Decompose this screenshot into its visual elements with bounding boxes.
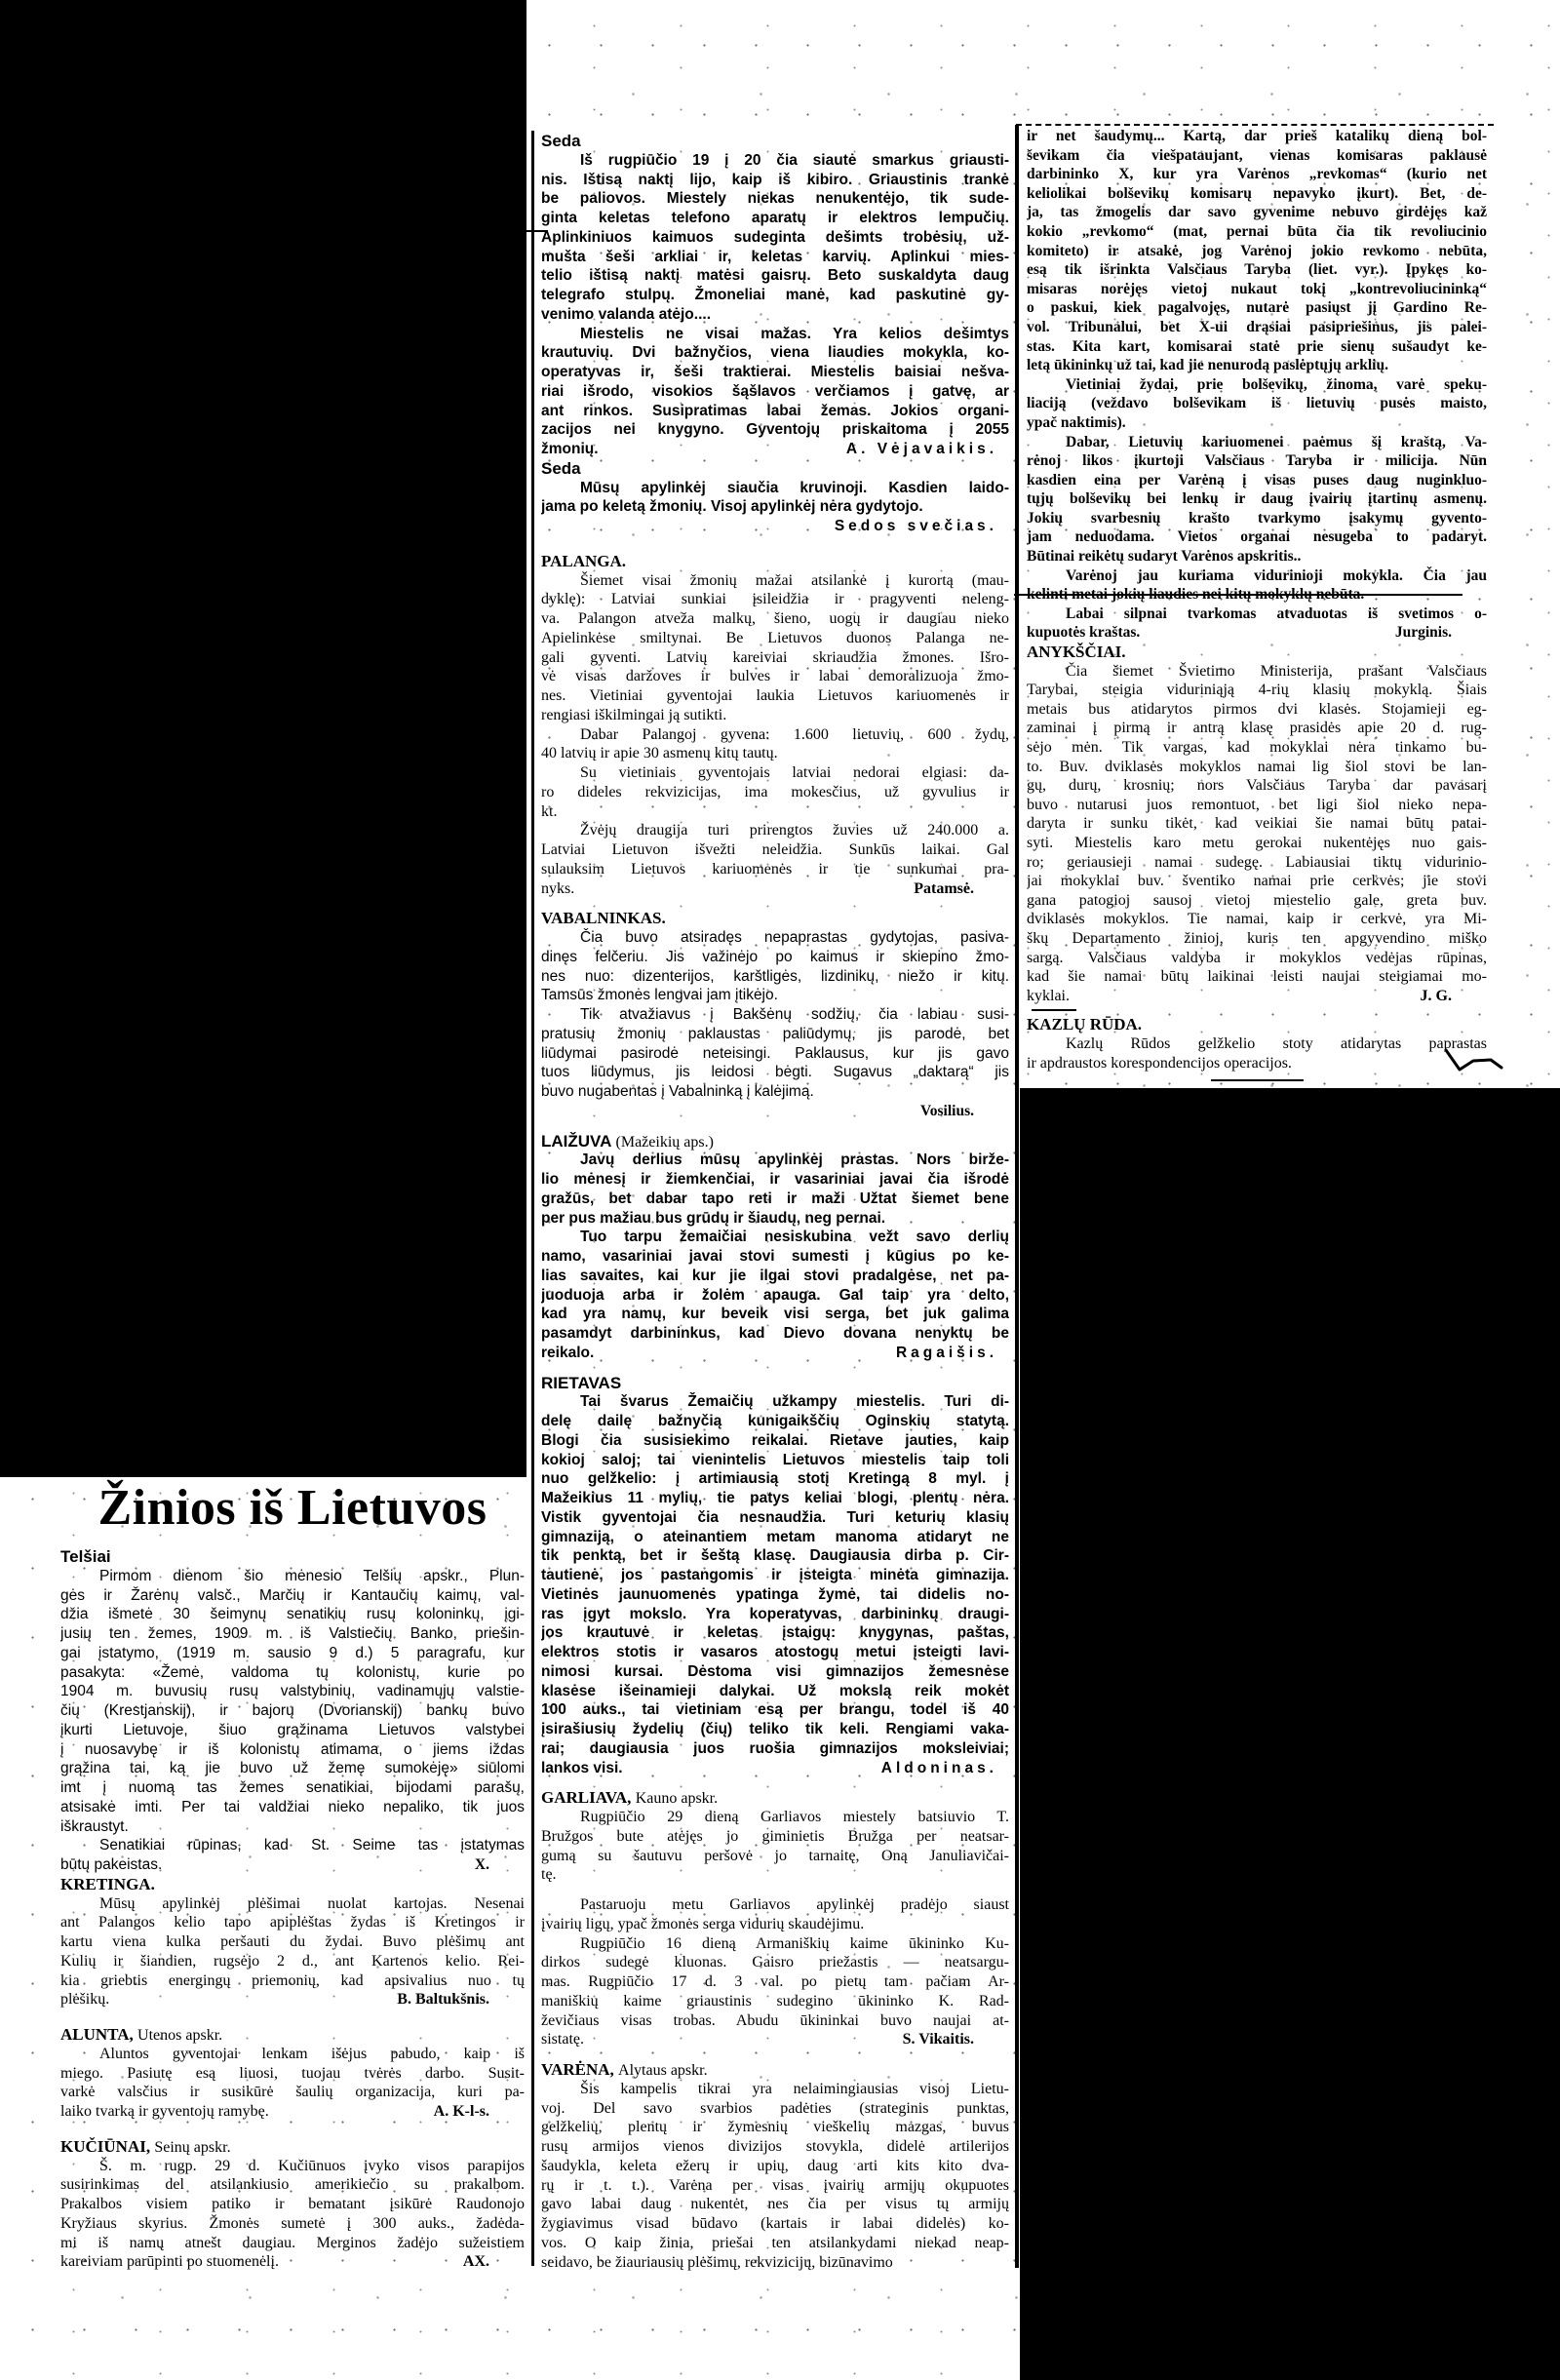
article-line: lio mėnesį ir žiemkenčiai, ir vasariniai… — [541, 1170, 1009, 1190]
article-line: ževičiaus visas trobas. Abudu ūkininkai … — [541, 2011, 1009, 2031]
article-signature: J. G. — [1421, 987, 1487, 1006]
article-line: atsisakė imti. Per tai valdžiai nieko ne… — [60, 1798, 525, 1817]
article-line-text: žmonių. — [541, 440, 599, 459]
article-signature: A. K-l-s. — [434, 2102, 525, 2122]
article-paragraph: Pastaruoju metu Garliavos apylinkėj prad… — [541, 1895, 1009, 1934]
black-mask-left — [0, 0, 526, 1477]
article-line: tę. — [541, 1865, 1009, 1885]
article-line: Kryžiaus skyrius. Žmonės sumetė į 300 au… — [60, 2214, 525, 2234]
article-line: jai mokyklai buv. šventiko namai prie ce… — [1027, 872, 1487, 891]
article-line: ant rinkos. Susipratimas labai žemas. Jo… — [541, 402, 1009, 421]
article-heading: VARĖNA, Alytaus apskr. — [541, 2060, 1009, 2080]
article-line: šaudykla, keleta ežerų ir upių, daug art… — [541, 2157, 1009, 2176]
article: VABALNINKAS.Čia buvo atsiradęs nepaprast… — [541, 909, 1009, 1120]
left-column: TelšiaiPirmom dienom šio mėnesio Telšių … — [60, 1547, 525, 2272]
article-line: telio ištisą naktį matėsi gaisrų. Beto s… — [541, 266, 1009, 286]
article-signature: Ragaišis. — [896, 1344, 1009, 1363]
article: ALUNTA, Utenos apskr.Aluntos gyventojai … — [60, 2025, 525, 2122]
article-line: Čia šiemet Švietimo Ministerija, prašant… — [1027, 662, 1487, 682]
article-line: vol. Tribunalui, bet X-ui drąsiai pasipr… — [1027, 318, 1487, 337]
article-paragraph: Tai švarus Žemaičių užkampy miestelis. T… — [541, 1392, 1009, 1777]
article-line: Latviai Lietuvon išvežti neleidžia. Sunk… — [541, 840, 1009, 860]
column-rule-middle-right — [1015, 125, 1019, 2268]
article-line: mi iš namų atnešt daugiau. Merginos žadė… — [60, 2234, 525, 2253]
article-paragraph: Čia buvo atsiradęs nepaprastas gydytojas… — [541, 928, 1009, 1005]
article-line: sargą. Valsčiaus valdyba ir mokyklos ved… — [1027, 949, 1487, 968]
article-line: o paskui, kiek pagalvojęs, nutarė pasiųs… — [1027, 298, 1487, 318]
article-line: žmonių.A. Vėjavaikis. — [541, 440, 1009, 459]
article-paragraph: Čia šiemet Švietimo Ministerija, prašant… — [1027, 662, 1487, 1006]
article: TelšiaiPirmom dienom šio mėnesio Telšių … — [60, 1547, 525, 1875]
article-line-text: nyks. — [541, 879, 574, 899]
article-line: įkurti Lietuvoje, šiuo grąžinama Lietuvo… — [60, 1721, 525, 1740]
article-paragraph: Šiemet visai žmonių mažai atsilankė į ku… — [541, 571, 1009, 725]
article-paragraph: Senatikiai rūpinas, kad St. Seime tas įs… — [60, 1836, 525, 1875]
article-paragraph: Varėnoj jau kuriama vidurinioji mokykla.… — [1027, 566, 1487, 605]
article: KUČIŪNAI, Seinų apskr.Š. m. rugp. 29 d. … — [60, 2137, 525, 2272]
article-line: reikalo.Ragaišis. — [541, 1344, 1009, 1363]
article-line: ant Palangos kelio tapo apiplėštas žydas… — [60, 1913, 525, 1932]
article-line: dviklasės mokyklos. Tie namai, kaip ir c… — [1027, 910, 1487, 929]
article-line: ro; geriausieji namai sudegę. Labiausiai… — [1027, 853, 1487, 873]
article-line: dinęs felčeriu. Jis važinėjo po kaimus i… — [541, 948, 1009, 967]
article: KAZLŲ RŪDA.Kazlų Rūdos gelžkelio stoty a… — [1027, 1009, 1487, 1081]
article-line: kasdien eina per Varėną į visas puses da… — [1027, 471, 1487, 490]
article-line: Labai silpnai tvarkomas atvaduotas iš sv… — [1027, 605, 1487, 624]
article-heading-text: LAIŽUVA — [541, 1132, 611, 1151]
article: PALANGA.Šiemet visai žmonių mažai atsila… — [541, 552, 1009, 899]
article-line: rengiasi iškilmingai ją sutikti. — [541, 706, 1009, 725]
article-line: gai įstatymo, (1919 m. sausio 9 d.) 5 pa… — [60, 1644, 525, 1663]
article-line: plėšikų.B. Baltukšnis. — [60, 1990, 525, 2009]
article: ANYKŠČIAI.Čia šiemet Švietimo Ministerij… — [1027, 643, 1487, 1005]
article-line: Pastaruoju metu Garliavos apylinkėj prad… — [541, 1895, 1009, 1915]
article-line: kad yra namų, kur beveik visi serga, bet… — [541, 1305, 1009, 1324]
article-line: Mūsų apylinkėj siaučia kruvinoji. Kasdie… — [541, 479, 1009, 498]
article-line: nis. Ištisą naktį lijo, kaip iš kibiro. … — [541, 171, 1009, 190]
article-line: 100 auks., tai vietiniam esą per brangu,… — [541, 1700, 1009, 1720]
article-line: ir apdraustos korespondencijos operacijo… — [1027, 1054, 1487, 1073]
separator-rule — [1211, 1079, 1304, 1081]
article-heading: KUČIŪNAI, Seinų apskr. — [60, 2137, 525, 2157]
article-line: ypač naktimis). — [1027, 413, 1487, 433]
article-line: buvo nutarusi juos remontuot, bet ligi š… — [1027, 796, 1487, 815]
article-line: į nuosavybę ir iš kolonistų atimama, o j… — [60, 1740, 525, 1760]
article-line: dirkos sudegė kluonas. Gaisro priežastis… — [541, 1953, 1009, 1972]
article-line: Tik atvažiavus į Bakšėnų sodžių, čia lab… — [541, 1005, 1009, 1025]
article-paragraph: Tuo tarpu žemaičiai nesiskubina vežt sav… — [541, 1228, 1009, 1362]
article-line: Tamsūs žmonės lengvai jam įtikėjo. — [541, 986, 1009, 1005]
article-heading: GARLIAVA, Kauno apskr. — [541, 1788, 1009, 1808]
article-line: gavo labai daug nukentėt, nes čia per vi… — [541, 2195, 1009, 2214]
article-paragraph: Su vietiniais gyventojais latviai nedora… — [541, 763, 1009, 821]
article-line-text: reikalo. — [541, 1344, 594, 1363]
article: SedaMūsų apylinkėj siaučia kruvinoji. Ka… — [541, 459, 1009, 536]
article-line: gės ir Žarėnų valsč., Marčių ir Kantauči… — [60, 1586, 525, 1606]
separator-rule — [1032, 1009, 1076, 1011]
article-line: gelžkelių, plentų ir žymesnių vieškelių … — [541, 2118, 1009, 2137]
article-line: rėnoj likos įkurtoji Valsčiaus Taryba ir… — [1027, 451, 1487, 471]
article: KRETINGA.Mūsų apylinkėj plėšimai nuolat … — [60, 1875, 525, 2009]
article: VARĖNA, Alytaus apskr.Šis kampelis tikra… — [541, 2060, 1009, 2272]
article-paragraph: ir net šaudymų... Kartą, dar prieš katal… — [1027, 127, 1487, 375]
signature-line: Sedos svečias. — [541, 517, 1009, 536]
article-line: Mažeikius 11 mylių, tie patys keliai blo… — [541, 1489, 1009, 1508]
article-signature: B. Baltukšnis. — [397, 1990, 525, 2009]
article-line: ja, tas žmogelis dar savo gyvenime nebuv… — [1027, 203, 1487, 222]
article-heading-text: KAZLŲ RŪDA. — [1027, 1015, 1142, 1034]
article-line: dyklę): Latviai sunkiai įsileidžia ir pr… — [541, 590, 1009, 609]
article-line: tik penktą, bet ir šeštą klasę. Daugiaus… — [541, 1546, 1009, 1566]
article-paragraph: Labai silpnai tvarkomas atvaduotas iš sv… — [1027, 605, 1487, 643]
article-paragraph: Pirmom dienom šio mėnesio Telšių apskr.,… — [60, 1567, 525, 1837]
article: ir net šaudymų... Kartą, dar prieš katal… — [1027, 127, 1487, 643]
article-line: Pirmom dienom šio mėnesio Telšių apskr.,… — [60, 1567, 525, 1586]
article-line: Žvėjų draugija turi prirengtos žuvies už… — [541, 821, 1009, 840]
article-line: buvo nugabentas į Vabalninką į kalėjimą. — [541, 1082, 1009, 1102]
article-line: klasėse išeinamieji dalykai. Už mokslą r… — [541, 1682, 1009, 1701]
article-heading: Seda — [541, 459, 1009, 479]
article-signature: Sedos svečias. — [835, 518, 1009, 534]
article-line: Iš rugpiūčio 19 į 20 čia siautė smarkus … — [541, 151, 1009, 171]
article-subheading: (Mažeikių aps.) — [616, 1134, 714, 1151]
article-signature: Jurginis. — [1395, 623, 1487, 643]
article-signature: AX. — [463, 2252, 525, 2272]
article-line: Vietiniai žydai, prie bolševikų, žinoma,… — [1027, 375, 1487, 395]
article-line-text: laiko tvarką ir gyventojų ramybę. — [60, 2102, 269, 2122]
article-paragraph: Šis kampelis tikrai yra nelaimingiausias… — [541, 2080, 1009, 2273]
article-line: misaras norėjęs vietoj nukaut tokį „kont… — [1027, 280, 1487, 299]
article-line: mušta šeši arkliai ir, keletas karvių. A… — [541, 248, 1009, 267]
article-line: kyklai.J. G. — [1027, 987, 1487, 1006]
article-line: vos. O kaip žinia, priešai ten atsilanky… — [541, 2234, 1009, 2253]
article-line: liūdymai pasirodė neteisingi. Paklausus,… — [541, 1044, 1009, 1064]
article-line: zacijos nei knygyno. Gyventojų priskaito… — [541, 420, 1009, 440]
article-line: Kazlų Rūdos gelžkelio stoty atidarytas p… — [1027, 1034, 1487, 1054]
article-line: 40 latvių ir apie 30 asmenų kitų tautų. — [541, 744, 1009, 763]
article-line: nes. Vietiniai gyventojai laukia Lietuvo… — [541, 686, 1009, 706]
article-line: krautuvių. Dvi bažnyčios, viena liaudies… — [541, 343, 1009, 363]
article-heading: RIETAVAS — [541, 1374, 1009, 1393]
article-heading: VABALNINKAS. — [541, 909, 1009, 928]
article-line: kad šie namai būtų laikinai leisti nauja… — [1027, 967, 1487, 987]
article-line: venimo valanda atėjo.... — [541, 305, 1009, 325]
article-line: Su vietiniais gyventojais latviai nedora… — [541, 763, 1009, 783]
article-line: Mūsų apylinkėj plėšimai nuolat kartojas.… — [60, 1894, 525, 1914]
article-line: to. Buv. dviklasės mokyklos namai lig ši… — [1027, 758, 1487, 777]
article-line: Aplinkiniuos kaimuos sudeginta dešimts t… — [541, 228, 1009, 248]
article-paragraph: Rugpiūčio 16 dieną Armaniškių kaime ūkin… — [541, 1934, 1009, 2050]
article-subheading: Alytaus apskr. — [618, 2062, 708, 2079]
article-line: be paliovos. Miestely niekas nenukentėjo… — [541, 189, 1009, 209]
article-line: čių (Krestjanskij), ir bajorų (Dvoriansk… — [60, 1701, 525, 1721]
article-line: Rugpiūčio 29 dieną Garliavos miestely ba… — [541, 1808, 1009, 1827]
article-line: vė visas daržoves ir bulves ir labai dem… — [541, 667, 1009, 686]
article-heading-text: Seda — [541, 459, 581, 478]
article-signature: Vosilius. — [920, 1103, 1009, 1119]
article-line: gali gyventi. Latvių kareiviai skriaudži… — [541, 648, 1009, 668]
article-line: namo, vasariniai javai stovi sumesti į k… — [541, 1247, 1009, 1267]
article-line: Miestelis ne visai mažas. Yra kelios deš… — [541, 325, 1009, 344]
article-line: jam neduodama. Vietos organai nesugeba t… — [1027, 527, 1487, 547]
article-line: žygiavimus visad būdavo (kartais ir laba… — [541, 2214, 1009, 2234]
article-line: Javų derlius mūsų apylinkėj prastas. Nor… — [541, 1151, 1009, 1170]
article-heading: KRETINGA. — [60, 1875, 525, 1894]
article-line: Dabar Palangoj gyvena: 1.600 lietuvių, 6… — [541, 725, 1009, 745]
article-line: įsirašiusių žydelių (čių) teliko tik kel… — [541, 1720, 1009, 1739]
article-line: nes nuo: dizenterijos, karštligės, lizdi… — [541, 967, 1009, 987]
article-line: Apielinkėse smiltynai. Be Lietuvos duono… — [541, 629, 1009, 648]
article-line: voj. Del savo svarbios padėties (strateg… — [541, 2099, 1009, 2119]
article-line: telegrafo stulpų. Žmoneliai manė, kad pa… — [541, 286, 1009, 305]
signature-line: Vosilius. — [541, 1102, 1009, 1121]
article-line: sistatę.S. Vikaitis. — [541, 2030, 1009, 2049]
middle-column: SedaIš rugpiūčio 19 į 20 čia siautė smar… — [541, 132, 1009, 2272]
article-paragraph: Kazlų Rūdos gelžkelio stoty atidarytas p… — [1027, 1034, 1487, 1073]
article-heading: Telšiai — [60, 1547, 525, 1567]
article-line: letą ūkininkų už tai, kad jie nenurodą p… — [1027, 356, 1487, 375]
article-line-text: sistatę. — [541, 2030, 584, 2049]
article-heading: Seda — [541, 132, 1009, 151]
article-line: gumą su šautuvu peršovė jo tarnaitę, Oną… — [541, 1847, 1009, 1866]
article-line: rusų armijos vienos divizijos stovykla, … — [541, 2137, 1009, 2157]
black-mask-right — [1020, 1088, 1560, 2380]
article-heading-text: VABALNINKAS. — [541, 909, 666, 927]
article-line: 1904 m. buvusių rusų valstybinių, vadina… — [60, 1682, 525, 1701]
article-line: miego. Pasiutę esą liuosi, tuojau tvėrės… — [60, 2064, 525, 2084]
article-line: esą tik išrinkta Valsčiaus Taryba (liet.… — [1027, 260, 1487, 280]
article-line: seidavo, be žiauriausių plėšimų, rekvizi… — [541, 2253, 1009, 2273]
article-line: Aluntos gyventojai lenkam išėjus pabudo,… — [60, 2045, 525, 2064]
right-column: ir net šaudymų... Kartą, dar prieš katal… — [1027, 127, 1487, 1081]
article-line: tųjų bolševikų bei lenkų ir daug įvairių… — [1027, 489, 1487, 509]
article: Pastaruoju metu Garliavos apylinkėj prad… — [541, 1895, 1009, 2049]
article-line: rų ir t. t.). Varėna per visas įvairių a… — [541, 2176, 1009, 2196]
article-line: Šiemet visai žmonių mažai atsilankė į ku… — [541, 571, 1009, 591]
article: GARLIAVA, Kauno apskr.Rugpiūčio 29 dieną… — [541, 1788, 1009, 1885]
article-line: Jokių svarbesnių krašto tvarkymo įsakymų… — [1027, 509, 1487, 528]
article-signature: Patamsė. — [914, 879, 1009, 899]
article-line: Čia buvo atsiradęs nepaprastas gydytojas… — [541, 928, 1009, 948]
article-line: Būtinai reikėtų sudaryt Varėnos apskriti… — [1027, 547, 1487, 566]
article-heading-text: KUČIŪNAI, — [60, 2137, 150, 2156]
article-line: syti. Miestelis karo metu gerokai nukent… — [1027, 834, 1487, 853]
article-line: metais bus atidarytos pirmos dvi klasės.… — [1027, 700, 1487, 720]
article-line: jama po keletą žmonių. Visoj apylinkėj n… — [541, 497, 1009, 517]
article-line: daryta ir sunku tikėt, kad veikiai šie n… — [1027, 814, 1487, 834]
article-line: nimosi kursai. Dėstoma visi gimnazijos ž… — [541, 1662, 1009, 1682]
article-line: stas. Kita kart, komisarai statė prie si… — [1027, 337, 1487, 357]
article-paragraph: Aluntos gyventojai lenkam išėjus pabudo,… — [60, 2045, 525, 2122]
article-subheading: Utenos apskr. — [137, 2027, 222, 2044]
article-line: nuo gelžkelio: į artimiausią stotį Kreti… — [541, 1469, 1009, 1489]
article-line: imt į nuomą tas žemes senatikiai, bijoda… — [60, 1778, 525, 1798]
article-line: darbininko X, kur yra Varėnos „revkomas“… — [1027, 165, 1487, 184]
article-line: operatyvas ir, šeši traktierai. Miesteli… — [541, 363, 1009, 382]
article-paragraph: Rugpiūčio 29 dieną Garliavos miestely ba… — [541, 1808, 1009, 1885]
article-line: pasamdyt darbininkus, kad Dievo dovana n… — [541, 1324, 1009, 1344]
article-line: ginta keletas telefono aparatų ir elektr… — [541, 209, 1009, 228]
article-line: rai; daugiausia juos ruošia gimnazijos m… — [541, 1739, 1009, 1759]
article-heading-text: ANYKŠČIAI. — [1027, 643, 1126, 661]
article-line: grąžina tai, ką jie buvo už žemę sumokėj… — [60, 1759, 525, 1778]
article-line: Senatikiai rūpinas, kad St. Seime tas įs… — [60, 1836, 525, 1855]
article-line: Dabar, Lietuvių kariuomenei paėmus šį kr… — [1027, 433, 1487, 452]
article-heading: ANYKŠČIAI. — [1027, 643, 1487, 662]
article-heading-text: ALUNTA, — [60, 2025, 134, 2044]
article-line: delę dailę bažnyčią kunigaikščių Oginski… — [541, 1412, 1009, 1431]
article-line: įvairių ligų, ypač žmonės serga vidurių … — [541, 1915, 1009, 1934]
article-line: jos krautuvė ir keletas įstaigų: knygyna… — [541, 1623, 1009, 1643]
article-signature: S. Vikaitis. — [903, 2030, 1009, 2049]
article-line: nyks.Patamsė. — [541, 879, 1009, 899]
article-line: varkė valsčius ir susikūrė šaulių organi… — [60, 2083, 525, 2102]
article-paragraph: Š. m. rugp. 29 d. Kučiūnuos įvyko visos … — [60, 2157, 525, 2273]
article-signature: A. Vėjavaikis. — [846, 440, 1009, 459]
column-rule-middle-left — [531, 131, 534, 2266]
article-line-text: kareiviam parūpinti po stuomenėlį. — [60, 2252, 279, 2272]
article-line: gų, durų, krosnių; nors Valsčiaus Taryba… — [1027, 776, 1487, 796]
article-line: kokioj saloj; tai vienintelis Lietuvos m… — [541, 1451, 1009, 1470]
article-paragraph: Tik atvažiavus į Bakšėnų sodžių, čia lab… — [541, 1005, 1009, 1102]
article-heading-text: PALANGA. — [541, 552, 626, 570]
article-paragraph: Dabar, Lietuvių kariuomenei paėmus šį kr… — [1027, 433, 1487, 566]
article: SedaIš rugpiūčio 19 į 20 čia siautė smar… — [541, 132, 1009, 459]
article-line: Vietinės jaunuomenės ypatinga žymė, tai … — [541, 1585, 1009, 1605]
article-line: Rugpiūčio 16 dieną Armaniškių kaime ūkin… — [541, 1934, 1009, 1954]
article-line-text: lankos visi. — [541, 1759, 623, 1778]
article-line: elektros stotis ir vasaros atostogų metu… — [541, 1643, 1009, 1662]
article-line: ir net šaudymų... Kartą, dar prieš katal… — [1027, 127, 1487, 146]
article-line-text: plėšikų. — [60, 1990, 109, 2009]
article: LAIŽUVA (Mažeikių aps.)Javų derlius mūsų… — [541, 1132, 1009, 1363]
article-paragraph: Javų derlius mūsų apylinkėj prastas. Nor… — [541, 1151, 1009, 1228]
article-line: Kulių ir šiandien, rugsėjo 2 d., ant Kar… — [60, 1952, 525, 1971]
page-title: Žinios iš Lietuvos — [60, 1478, 525, 1539]
article-line: ras įgyt mokslo. Yra koperatyvas, darbin… — [541, 1605, 1009, 1624]
article-line: per pus mažiau bus grūdų ir šiaudų, neg … — [541, 1209, 1009, 1229]
article-line: keliolikai bolševikų komisarų nepavyko į… — [1027, 184, 1487, 204]
article-line: pratusių žmonių paklaustas paliūdymų, ji… — [541, 1025, 1009, 1044]
article-line: ševikam čia viešpataujant, vienas komisa… — [1027, 146, 1487, 166]
article-line-text: kyklai. — [1027, 987, 1070, 1006]
pen-mark-icon — [1441, 1045, 1509, 1074]
article-line: iškraustyt. — [60, 1817, 525, 1837]
article-line: lias savaites, kai kur jie ilgai stovi p… — [541, 1267, 1009, 1286]
article-line: zaminai į pirmą ir antrą klasę prasidės … — [1027, 719, 1487, 738]
article-line: gimnaziją, o ateinantiem metam manoma at… — [541, 1528, 1009, 1547]
article-line: jusių ten žemes, 1909 m. iš Valstiečių B… — [60, 1624, 525, 1644]
article-line: Tai švarus Žemaičių užkampy miestelis. T… — [541, 1392, 1009, 1412]
article-line: Tuo tarpu žemaičiai nesiskubina vežt sav… — [541, 1228, 1009, 1247]
article-line: Š. m. rugp. 29 d. Kučiūnuos įvyko visos … — [60, 2157, 525, 2176]
article-heading-text: KRETINGA. — [60, 1875, 155, 1893]
article-heading-text: RIETAVAS — [541, 1374, 621, 1392]
article-line: džia išmetė 30 šeimynų senatikių rusų ko… — [60, 1605, 525, 1624]
article-paragraph: Žvėjų draugija turi prirengtos žuvies už… — [541, 821, 1009, 898]
article-heading-text: Telšiai — [60, 1547, 111, 1566]
article-line: kokio „revkomo“ (mat, pernai būta čia ti… — [1027, 222, 1487, 242]
article-line: kt. — [541, 802, 1009, 822]
article-paragraph: Iš rugpiūčio 19 į 20 čia siautė smarkus … — [541, 151, 1009, 325]
article-subheading: Kauno apskr. — [636, 1790, 718, 1807]
article-line: riai išrodo, visokios šąšlavos verčiamos… — [541, 382, 1009, 402]
article-line: sėjo mėn. Tik vargas, kad mokyklai nėra … — [1027, 738, 1487, 758]
article-line: maniškių kaime griaustinis sudegino ūkin… — [541, 1992, 1009, 2011]
article-line: va. Palangon atveža malkų, šieno, uogų i… — [541, 609, 1009, 629]
article-heading-text: VARĖNA, — [541, 2060, 614, 2079]
article-line: susirinkimas del atsilankiusio amerikieč… — [60, 2175, 525, 2195]
article-heading: PALANGA. — [541, 552, 1009, 571]
article-paragraph: Mūsų apylinkėj plėšimai nuolat kartojas.… — [60, 1894, 525, 2010]
article-heading: ALUNTA, Utenos apskr. — [60, 2025, 525, 2045]
article-paragraph: Vietiniai žydai, prie bolševikų, žinoma,… — [1027, 375, 1487, 433]
article-line: kartu viena kulka peršauti du žydai. Buv… — [60, 1932, 525, 1952]
article-line: lankos visi.Aldoninas. — [541, 1759, 1009, 1778]
article-line: Prakalbos visiem patiko ir bematant įsik… — [60, 2195, 525, 2214]
article-heading-text: Seda — [541, 132, 581, 150]
article-line: būtų pakeistas.X. — [60, 1855, 525, 1875]
article-line: kareiviam parūpinti po stuomenėlį.AX. — [60, 2252, 525, 2272]
article-line: gražūs, bet dabar tapo reti ir maži Užta… — [541, 1190, 1009, 1209]
article-line: gana patogioj sausoj vietoj miestelio ga… — [1027, 891, 1487, 911]
article-line: kia griebtis energingų priemonių, kad ap… — [60, 1971, 525, 1991]
article-line-text: kupuotės kraštas. — [1027, 623, 1140, 643]
article-signature: Aldoninas. — [881, 1759, 1009, 1778]
article-line: kupuotės kraštas.Jurginis. — [1027, 623, 1487, 643]
article-signature: X. — [475, 1855, 525, 1875]
article-heading: LAIŽUVA (Mažeikių aps.) — [541, 1132, 1009, 1151]
article-line: pasakyta: «Žemė, valdoma tų kolonistų, k… — [60, 1663, 525, 1683]
article: RIETAVASTai švarus Žemaičių užkampy mies… — [541, 1374, 1009, 1778]
article-line: škų Departamento žinioj, kuris ten apgyv… — [1027, 929, 1487, 949]
article-line: Šis kampelis tikrai yra nelaimingiausias… — [541, 2080, 1009, 2099]
article-line: liaciją (veždavo bolševikam iš lietuvių … — [1027, 394, 1487, 413]
article-heading-text: GARLIAVA, — [541, 1788, 631, 1807]
article-line: kelinti metai jokių liaudies nei kitų mo… — [1027, 585, 1487, 605]
article-line: Varėnoj jau kuriama vidurinioji mokykla.… — [1027, 566, 1487, 586]
right-column-top-rule — [1016, 124, 1494, 126]
article-paragraph: Miestelis ne visai mažas. Yra kelios deš… — [541, 325, 1009, 459]
article-line: Tarybai, steigia viduriniąją 4-rių klasi… — [1027, 681, 1487, 700]
article-line: laiko tvarką ir gyventojų ramybę.A. K-l-… — [60, 2102, 525, 2122]
article-line: mas. Rugpiūčio 17 d. 3 val. po pietų tam… — [541, 1972, 1009, 1992]
article-line: Blogi čia susisiekimo reikalai. Rietave … — [541, 1431, 1009, 1451]
article-paragraph: Dabar Palangoj gyvena: 1.600 lietuvių, 6… — [541, 725, 1009, 764]
article-paragraph: Mūsų apylinkėj siaučia kruvinoji. Kasdie… — [541, 479, 1009, 518]
article-line: ro dideles rekvizicijas, ima mokesčius, … — [541, 783, 1009, 802]
article-line-text: būtų pakeistas. — [60, 1855, 162, 1875]
article-line: tuos liūdymus, jis leidosi bėgti. Sugavu… — [541, 1063, 1009, 1082]
article-line: Vistik gyventojai čia nesnaudžia. Turi k… — [541, 1508, 1009, 1528]
article-line: sulauksim Lietuvos kariuomenės ir tie su… — [541, 860, 1009, 879]
article-subheading: Seinų apskr. — [154, 2139, 230, 2156]
article-line: juoduoja arba ir žolėm apauga. Gal taip … — [541, 1286, 1009, 1306]
article-heading: KAZLŲ RŪDA. — [1027, 1015, 1487, 1034]
article-line: tautienė, jos pastangomis ir įsteigta mi… — [541, 1566, 1009, 1585]
article-line: Bružgos bute atėjęs jo giminietis Bružga… — [541, 1827, 1009, 1847]
article-line: komiteto) ir atsakė, jog Varėnoj jokio r… — [1027, 242, 1487, 261]
